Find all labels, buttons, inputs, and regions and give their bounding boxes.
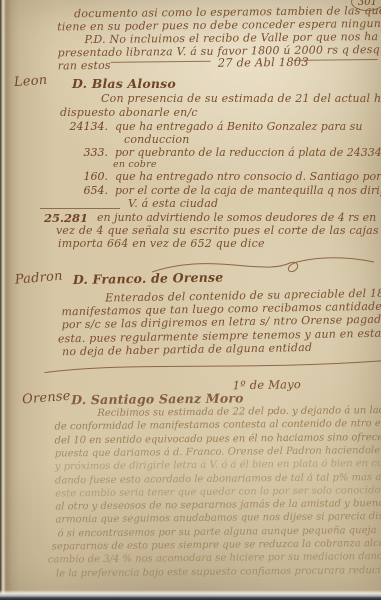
account-item: 24134. que ha entregado á Benito Gonzale… <box>60 120 362 133</box>
body-line: dispuesto abonarle en/c <box>60 106 198 119</box>
body-line: y próximos de dirigirle letra á V. ó á é… <box>55 458 381 473</box>
amount-desc: por quebranto de la reduccion á plata de… <box>115 146 381 159</box>
account-heading: D. Santiago Saenz Moro <box>71 390 244 407</box>
total-amount: 25.281 <box>44 211 88 225</box>
margin-place: Padron <box>14 269 63 288</box>
body-line: dando fuese esto acordado le abonariamos… <box>55 472 381 487</box>
manuscript-page: 301 documento asi como lo esperamos tamb… <box>0 0 381 600</box>
account-heading: D. Blas Alonso <box>72 76 176 91</box>
scan-edge <box>0 590 381 600</box>
body-line: ó si encontrasemos por su parte alguna a… <box>58 525 377 539</box>
body-line: del 10 en sentido equivocado pues en él … <box>55 432 381 447</box>
dash-rule <box>294 59 378 61</box>
body-line: de conformidad le manifestamos contesta … <box>54 418 381 433</box>
intro-paragraph: documento asi como lo esperamos tambien … <box>0 0 381 2</box>
body-line: Recibimos su estimada de 22 del pdo. y d… <box>97 404 381 419</box>
body-line: le la preferencia bajo este supuesto con… <box>56 565 381 579</box>
body-line: vez de 4 que señala su escrito pues el c… <box>56 224 379 237</box>
amount: 24134. <box>60 120 115 133</box>
body-line: cambio de 3/4 % nos acomodara se hiciere… <box>48 551 381 566</box>
date-line: 27 de Abl 1803 <box>218 55 309 70</box>
amount: 654. <box>60 184 115 197</box>
amount-desc: V. á esta ciudad <box>128 197 218 210</box>
sum-rule <box>40 208 120 209</box>
body-line: este cambio seria tener que quedar con l… <box>55 484 381 499</box>
body-line: armonia que seguimos anudabamos que nos … <box>55 511 381 526</box>
amount-desc: que ha entregado á Benito Gonzalez para … <box>115 120 362 133</box>
body-line: puesta que dariamos á d. Franco. Orense … <box>55 445 381 460</box>
margin-place: Leon <box>14 73 48 90</box>
body-line: en junto advirtiendo le somos deudores d… <box>97 211 376 225</box>
book-gutter-shadow <box>0 0 12 600</box>
body-line: al otro y deseosos de no separarnos jamá… <box>55 498 381 512</box>
amount-desc: por el corte de la caja de mantequilla q… <box>115 184 381 197</box>
entry-padron: Padron D. Franco. de Orense Enterados de… <box>0 0 381 3</box>
amount-desc: conduccion <box>124 133 190 146</box>
amount-desc: en cobre <box>113 159 157 170</box>
amount-desc: que ha entregado ntro consocio d. Santia… <box>115 170 381 183</box>
amount: 160. <box>60 170 115 183</box>
intro-line: ran estos <box>58 59 111 73</box>
body-line: Con presencia de su estimada de 21 del a… <box>101 92 381 105</box>
account-item: 160. que ha entregado ntro consocio d. S… <box>60 170 381 183</box>
margin-place: Orense <box>22 389 72 408</box>
account-item: 654. por el corte de la caja de mantequi… <box>60 184 381 197</box>
dash-rule <box>111 61 211 63</box>
body-line: separarnos de esto pues siempre que se r… <box>52 538 381 553</box>
entry-orense: Orense D. Santiago Saenz Moro Recibimos … <box>0 0 381 2</box>
account-item: 333. por quebranto de la reduccion á pla… <box>60 146 381 159</box>
account-heading: D. Franco. de Orense <box>73 269 224 287</box>
total-line: 25.281 en junto advirtiendo le somos deu… <box>44 211 376 225</box>
amount: 333. <box>60 146 115 159</box>
